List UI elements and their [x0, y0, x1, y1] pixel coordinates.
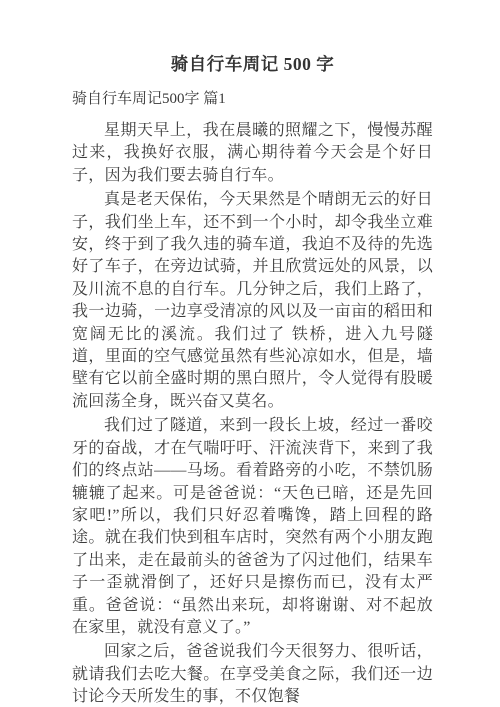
paragraph-4: 回家之后，爸爸说我们今天很努力、很听话，就请我们去吃大餐。在享受美食之际，我们还…	[72, 641, 433, 707]
paragraph-2: 真是老天保佑，今天果然是个晴朗无云的好日子，我们坐上车，还不到一个小时，却令我坐…	[72, 189, 433, 413]
paragraph-3: 我们过了隧道，来到一段长上坡，经过一番咬牙的奋战，才在气喘吁吁、汗流浃背下，来到…	[72, 415, 433, 639]
paragraph-1: 星期天早上，我在晨曦的照耀之下，慢慢苏醒过来，我换好衣服，满心期待着今天会是个好…	[72, 120, 433, 187]
body-text: 星期天早上，我在晨曦的照耀之下，慢慢苏醒过来，我换好衣服，满心期待着今天会是个好…	[72, 120, 433, 707]
section-heading: 骑自行车周记500字 篇1	[72, 89, 433, 109]
document-page: 骑自行车周记 500 字 骑自行车周记500字 篇1 星期天早上，我在晨曦的照耀…	[0, 0, 500, 707]
text-block: 骑自行车周记 500 字 骑自行车周记500字 篇1 星期天早上，我在晨曦的照耀…	[72, 0, 433, 707]
page-title: 骑自行车周记 500 字	[72, 52, 433, 76]
